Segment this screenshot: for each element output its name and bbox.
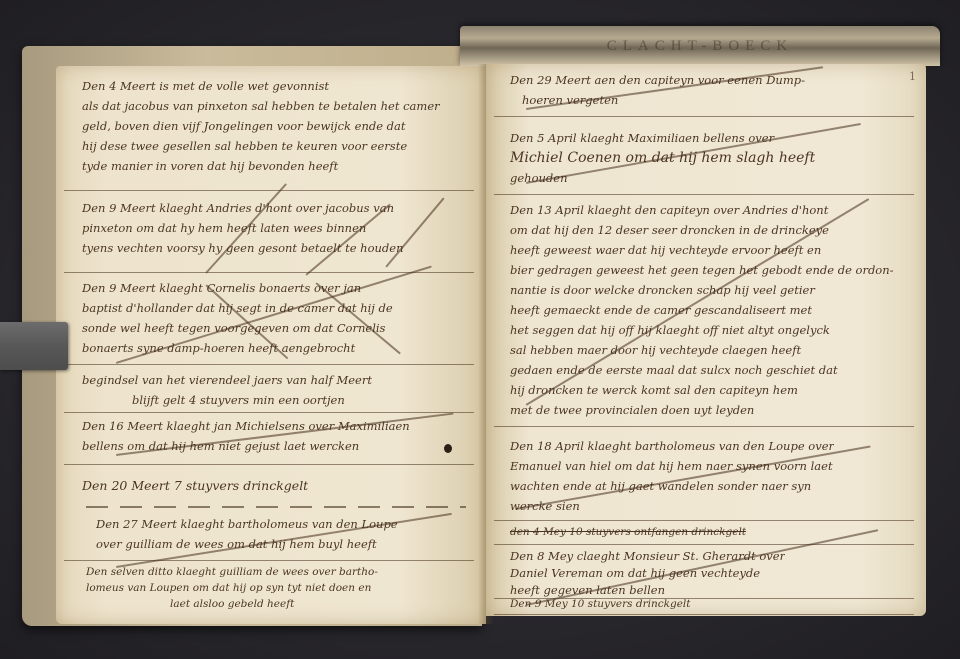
entry-march-16: Den 16 Meert klaeght jan Michielsens ove… [82, 416, 410, 456]
ruled-divider [64, 412, 474, 413]
ruled-divider [64, 364, 474, 365]
entry-line: begindsel van het vierendeel jaers van h… [82, 370, 372, 390]
entry-line: Den 20 Meert 7 stuyvers drinckgelt [82, 476, 308, 496]
entry-line: bonaerts syne damp-hoeren heeft aengebro… [82, 338, 393, 358]
ink-blot [444, 444, 452, 453]
entry-line: wercke sien [510, 496, 834, 516]
entry-line: hoeren vergeten [510, 90, 805, 110]
entry-line: hij droncken te werck komt sal den capit… [510, 380, 894, 400]
entry-line: geld, boven dien vijf Jongelingen voor b… [82, 116, 440, 136]
entry-march-27b: Den selven ditto klaeght guilliam de wee… [86, 564, 378, 612]
entry-april-13: Den 13 April klaeght den capiteyn over A… [510, 200, 894, 420]
entry-line: heeft geweest waer dat hij vechteyde erv… [510, 240, 894, 260]
entry-line: Emanuel van hiel om dat hij hem naer syn… [510, 456, 834, 476]
entry-line: met de twee provincialen doen uyt leyden [510, 400, 894, 420]
right-page: 1 Den 29 Meert aen den capiteyn voor een… [486, 64, 926, 616]
entry-line: sal hebben maer door hij vechteyde claeg… [510, 340, 894, 360]
entry-line: over guilliam de wees om dat hij hem buy… [96, 534, 398, 554]
entry-march-20: Den 20 Meert 7 stuyvers drinckgelt [82, 476, 308, 496]
ruled-divider [494, 544, 914, 545]
entry-line: Den 4 Meert is met de volle wet gevonnis… [82, 76, 440, 96]
entry-march-9b: Den 9 Meert klaeght Cornelis bonaerts ov… [82, 278, 393, 358]
entry-line: Den 16 Meert klaeght jan Michielsens ove… [82, 416, 410, 436]
entry-line: Den selven ditto klaeght guilliam de wee… [86, 564, 378, 580]
folio-number: 1 [909, 70, 916, 83]
ruled-divider [494, 520, 914, 521]
entry-line: wachten ende at hij gaet wandelen sonder… [510, 476, 834, 496]
ruled-divider [494, 194, 914, 195]
dashed-divider [86, 506, 466, 508]
entry-line: den 4 Mey 10 stuyvers ontfangen drinckge… [510, 522, 746, 542]
ruled-divider [64, 190, 474, 191]
entry-line: Den 9 Meert klaeght Cornelis bonaerts ov… [82, 278, 393, 298]
entry-march-27: Den 27 Meert klaeght bartholomeus van de… [96, 514, 398, 554]
entry-line: blijft gelt 4 stuyvers min een oortjen [82, 390, 372, 410]
left-page: Den 4 Meert is met de volle wet gevonnis… [56, 66, 486, 624]
entry-march-9: Den 9 Meert klaeght Andries d'hont over … [82, 198, 404, 258]
entry-march-4: Den 4 Meert is met de volle wet gevonnis… [82, 76, 440, 176]
entry-line: tyens vechten voorsy hy geen gesont beta… [82, 238, 404, 258]
entry-april-18: Den 18 April klaeght bartholomeus van de… [510, 436, 834, 516]
ruled-divider [64, 464, 474, 465]
entry-may-9: Den 9 Mey 10 stuyvers drinckgelt [510, 594, 691, 614]
entry-line: gedaen ende de eerste maal dat sulcx noc… [510, 360, 894, 380]
entry-line: bier gedragen geweest het geen tegen het… [510, 260, 894, 280]
ruled-divider [64, 560, 474, 561]
entry-may-8: Den 8 Mey claeght Monsieur St. Gherardt … [510, 548, 785, 599]
ruled-divider [494, 426, 914, 427]
entry-line: lomeus van Loupen om dat hij op syn tyt … [86, 580, 378, 596]
entry-line: pinxeton om dat hy hem heeft laten wees … [82, 218, 404, 238]
entry-line: tyde manier in voren dat hij bevonden he… [82, 156, 440, 176]
entry-line: Den 9 Meert klaeght Andries d'hont over … [82, 198, 404, 218]
entry-line: Den 9 Mey 10 stuyvers drinckgelt [510, 594, 691, 614]
edge-title: CLACHT-BOECK [550, 38, 850, 55]
entry-line: hij dese twee gesellen sal hebben te keu… [82, 136, 440, 156]
metal-page-clip [0, 322, 68, 370]
entry-quarter-note: begindsel van het vierendeel jaers van h… [82, 370, 372, 410]
entry-line: Den 29 Meert aen den capiteyn voor eenen… [510, 70, 805, 90]
ruled-divider [494, 116, 914, 117]
entry-line: om dat hij den 12 deser seer droncken in… [510, 220, 894, 240]
entry-line: sonde wel heeft tegen voorgegeven om dat… [82, 318, 393, 338]
entry-may-4: den 4 Mey 10 stuyvers ontfangen drinckge… [510, 522, 746, 542]
entry-line: Den 27 Meert klaeght bartholomeus van de… [96, 514, 398, 534]
open-book: CLACHT-BOECK Den 4 Meert is met de volle… [22, 26, 940, 632]
entry-line: het seggen dat hij off hij klaeght off n… [510, 320, 894, 340]
entry-line: Den 18 April klaeght bartholomeus van de… [510, 436, 834, 456]
entry-line: als dat jacobus van pinxeton sal hebben … [82, 96, 440, 116]
entry-line: laet alsloo gebeld heeft [86, 596, 378, 612]
entry-line: heeft gemaeckt ende de camer gescandalis… [510, 300, 894, 320]
book-top-edge: CLACHT-BOECK [460, 26, 940, 66]
ruled-divider [494, 614, 914, 615]
